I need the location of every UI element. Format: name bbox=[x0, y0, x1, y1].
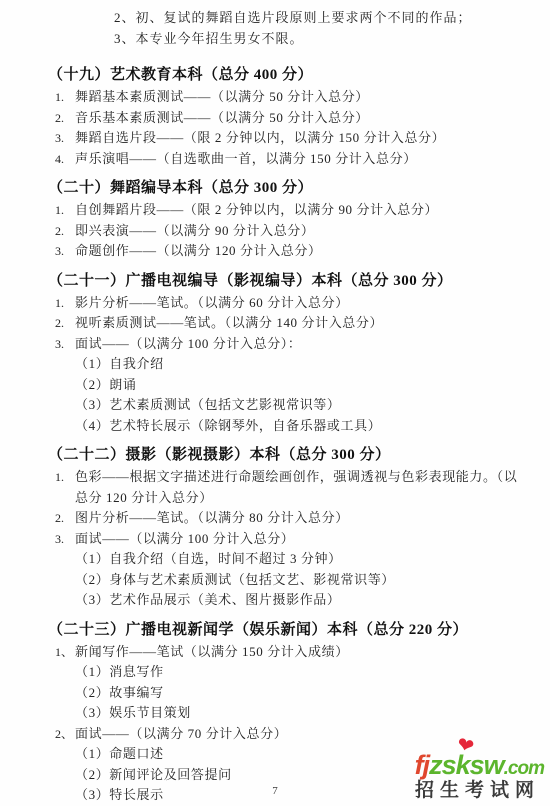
item-text: 舞蹈自选片段——（限 2 分钟以内，以满分 150 分计入总分） bbox=[75, 128, 524, 149]
item-number: 1. bbox=[55, 87, 75, 108]
exam-sub-item: （2）朗诵 bbox=[75, 375, 524, 396]
exam-sub-item: （1）自我介绍（自选，时间不超过 3 分钟） bbox=[75, 549, 524, 570]
item-text: 舞蹈基本素质测试——（以满分 50 分计入总分） bbox=[75, 87, 524, 108]
exam-item: 1. 自创舞蹈片段——（限 2 分钟以内，以满分 90 分计入总分） bbox=[48, 200, 524, 221]
item-text: 色彩——根据文字描述进行命题绘画创作，强调透视与色彩表现能力。（以总分 120 … bbox=[75, 467, 524, 508]
item-text: 影片分析——笔试。（以满分 60 分计入总分） bbox=[75, 293, 524, 314]
exam-item: 1. 影片分析——笔试。（以满分 60 分计入总分） bbox=[48, 293, 524, 314]
item-number: 1. bbox=[55, 200, 75, 221]
exam-item: 3. 命题创作——（以满分 120 分计入总分） bbox=[48, 241, 524, 262]
exam-sub-item: （2）故事编写 bbox=[75, 683, 524, 704]
section-tv-directing: （二十一）广播电视编导（影视编导）本科（总分 300 分） 1. 影片分析——笔… bbox=[48, 270, 524, 437]
exam-sub-item: （4）艺术特长展示（除钢琴外，自备乐器或工具） bbox=[75, 416, 524, 437]
item-text: 自创舞蹈片段——（限 2 分钟以内，以满分 90 分计入总分） bbox=[75, 200, 524, 221]
exam-sub-item: （3）娱乐节目策划 bbox=[75, 703, 524, 724]
exam-item: 2. 即兴表演——（以满分 90 分计入总分） bbox=[48, 221, 524, 242]
item-text: 图片分析——笔试。（以满分 80 分计入总分） bbox=[75, 508, 524, 529]
document-page: 2、初、复试的舞蹈自选片段原则上要求两个不同的作品； 3、本专业今年招生男女不限… bbox=[0, 0, 550, 806]
item-number: 3. bbox=[55, 241, 75, 262]
section-title: （二十二）摄影（影视摄影）本科（总分 300 分） bbox=[48, 444, 524, 467]
document-content: 2、初、复试的舞蹈自选片段原则上要求两个不同的作品； 3、本专业今年招生男女不限… bbox=[48, 8, 524, 806]
item-number: 2. bbox=[55, 221, 75, 242]
exam-sub-item: （2）身体与艺术素质测试（包括文艺、影视常识等） bbox=[75, 570, 524, 591]
exam-item: 2. 图片分析——笔试。（以满分 80 分计入总分） bbox=[48, 508, 524, 529]
item-number: 3. bbox=[55, 529, 75, 550]
exam-item: 1. 舞蹈基本素质测试——（以满分 50 分计入总分） bbox=[48, 87, 524, 108]
exam-sub-item: （1）消息写作 bbox=[75, 662, 524, 683]
item-text: 命题创作——（以满分 120 分计入总分） bbox=[75, 241, 524, 262]
watermark-prefix: fj bbox=[415, 750, 430, 780]
item-number: 1. bbox=[55, 467, 75, 488]
item-text: 面试——（以满分 100 分计入总分） bbox=[75, 529, 524, 550]
item-number: 2. bbox=[55, 108, 75, 129]
exam-item: 2. 音乐基本素质测试——（以满分 50 分计入总分） bbox=[48, 108, 524, 129]
section-photography: （二十二）摄影（影视摄影）本科（总分 300 分） 1. 色彩——根据文字描述进… bbox=[48, 444, 524, 611]
item-text: 面试——（以满分 70 分计入总分） bbox=[75, 724, 524, 745]
exam-item: 3. 舞蹈自选片段——（限 2 分钟以内，以满分 150 分计入总分） bbox=[48, 128, 524, 149]
item-number: 2、 bbox=[55, 724, 75, 745]
exam-item: 2. 视听素质测试——笔试。（以满分 140 分计入总分） bbox=[48, 313, 524, 334]
item-number: 1、 bbox=[55, 642, 75, 663]
item-number: 4. bbox=[55, 149, 75, 170]
exam-item: 1、 新闻写作——笔试（以满分 150 分计入成绩） bbox=[48, 642, 524, 663]
section-dance-choreography: （二十）舞蹈编导本科（总分 300 分） 1. 自创舞蹈片段——（限 2 分钟以… bbox=[48, 177, 524, 262]
note-line: 3、本专业今年招生男女不限。 bbox=[114, 29, 524, 50]
item-text: 声乐演唱——（自选歌曲一首，以满分 150 分计入总分） bbox=[75, 149, 524, 170]
watermark-caption: 招生考试网 bbox=[372, 781, 544, 800]
item-text: 音乐基本素质测试——（以满分 50 分计入总分） bbox=[75, 108, 524, 129]
exam-sub-item: （3）艺术素质测试（包括文艺影视常识等） bbox=[75, 395, 524, 416]
section-title: （十九）艺术教育本科（总分 400 分） bbox=[48, 64, 524, 87]
item-number: 1. bbox=[55, 293, 75, 314]
section-art-education: （十九）艺术教育本科（总分 400 分） 1. 舞蹈基本素质测试——（以满分 5… bbox=[48, 64, 524, 169]
item-text: 面试——（以满分 100 分计入总分）： bbox=[75, 334, 524, 355]
item-number: 2. bbox=[55, 508, 75, 529]
exam-item: 2、 面试——（以满分 70 分计入总分） bbox=[48, 724, 524, 745]
note-line: 2、初、复试的舞蹈自选片段原则上要求两个不同的作品； bbox=[114, 8, 524, 29]
exam-item: 3. 面试——（以满分 100 分计入总分） bbox=[48, 529, 524, 550]
item-text: 新闻写作——笔试（以满分 150 分计入成绩） bbox=[75, 642, 524, 663]
watermark-site-text: ❤fjzsksw.com bbox=[415, 752, 544, 779]
item-number: 3. bbox=[55, 128, 75, 149]
item-text: 即兴表演——（以满分 90 分计入总分） bbox=[75, 221, 524, 242]
exam-item: 3. 面试——（以满分 100 分计入总分）： bbox=[48, 334, 524, 355]
exam-item: 1. 色彩——根据文字描述进行命题绘画创作，强调透视与色彩表现能力。（以总分 1… bbox=[48, 467, 524, 508]
exam-sub-item: （1）自我介绍 bbox=[75, 354, 524, 375]
section-title: （二十一）广播电视编导（影视编导）本科（总分 300 分） bbox=[48, 270, 524, 293]
item-text: 视听素质测试——笔试。（以满分 140 分计入总分） bbox=[75, 313, 524, 334]
watermark-logo: ❤fjzsksw.com 招生考试网 bbox=[372, 752, 544, 800]
item-number: 3. bbox=[55, 334, 75, 355]
exam-sub-item: （3）艺术作品展示（美术、图片摄影作品） bbox=[75, 590, 524, 611]
section-title: （二十）舞蹈编导本科（总分 300 分） bbox=[48, 177, 524, 200]
item-number: 2. bbox=[55, 313, 75, 334]
section-title: （二十三）广播电视新闻学（娱乐新闻）本科（总分 220 分） bbox=[48, 619, 524, 642]
exam-item: 4. 声乐演唱——（自选歌曲一首，以满分 150 分计入总分） bbox=[48, 149, 524, 170]
watermark-tld: .com bbox=[504, 758, 544, 779]
